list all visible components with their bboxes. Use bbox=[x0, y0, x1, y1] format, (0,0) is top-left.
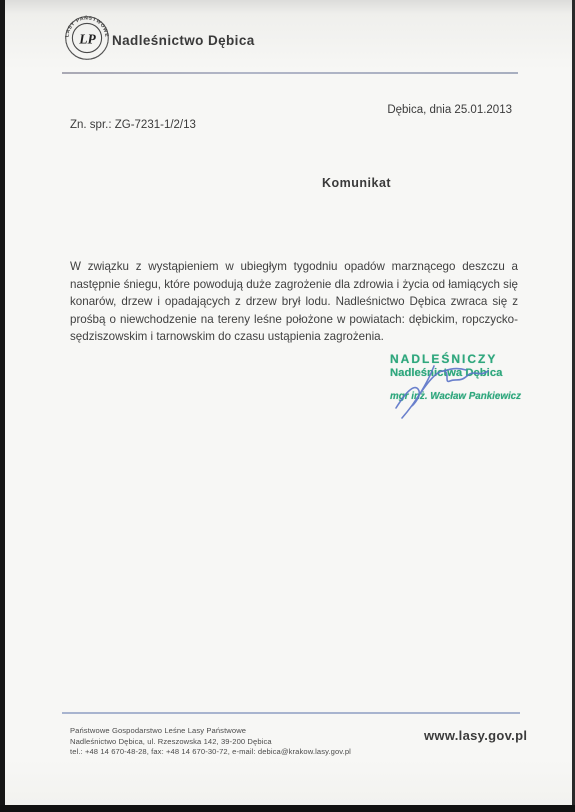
stamp-title: NADLEŚNICZY bbox=[390, 352, 520, 366]
scan-edge-left bbox=[0, 0, 5, 812]
document-title: Komunikat bbox=[322, 176, 391, 190]
lasy-panstwowe-logo-icon: LASY PAŃSTWOWE LP bbox=[64, 15, 110, 61]
footer-org-line: Państwowe Gospodarstwo Leśne Lasy Państw… bbox=[70, 726, 351, 737]
footer-address-block: Państwowe Gospodarstwo Leśne Lasy Państw… bbox=[70, 726, 351, 758]
website-url: www.lasy.gov.pl bbox=[424, 728, 527, 743]
place-and-date: Dębica, dnia 25.01.2013 bbox=[387, 104, 512, 116]
footer-contact-line: tel.: +48 14 670-48-28, fax: +48 14 670-… bbox=[70, 747, 351, 758]
body-paragraph: W związku z wystąpieniem w ubiegłym tygo… bbox=[70, 258, 518, 346]
footer-address-line: Nadleśnictwo Dębica, ul. Rzeszowska 142,… bbox=[70, 737, 351, 748]
stamp-org: Nadleśnictwa Dębica bbox=[390, 367, 520, 379]
stamp-signatory-name: mgr inż. Wacław Pankiewicz bbox=[390, 391, 520, 402]
scan-edge-bottom bbox=[0, 805, 575, 812]
scanned-letter-page: LASY PAŃSTWOWE LP Nadleśnictwo Dębica Dę… bbox=[0, 0, 575, 812]
logo-letters: LP bbox=[78, 32, 96, 47]
footer-divider bbox=[62, 712, 520, 714]
org-name: Nadleśnictwo Dębica bbox=[112, 33, 255, 48]
official-stamp: NADLEŚNICZY Nadleśnictwa Dębica mgr inż.… bbox=[390, 352, 520, 402]
reference-number: Zn. spr.: ZG-7231-1/2/13 bbox=[70, 119, 196, 131]
header-divider bbox=[62, 72, 518, 74]
